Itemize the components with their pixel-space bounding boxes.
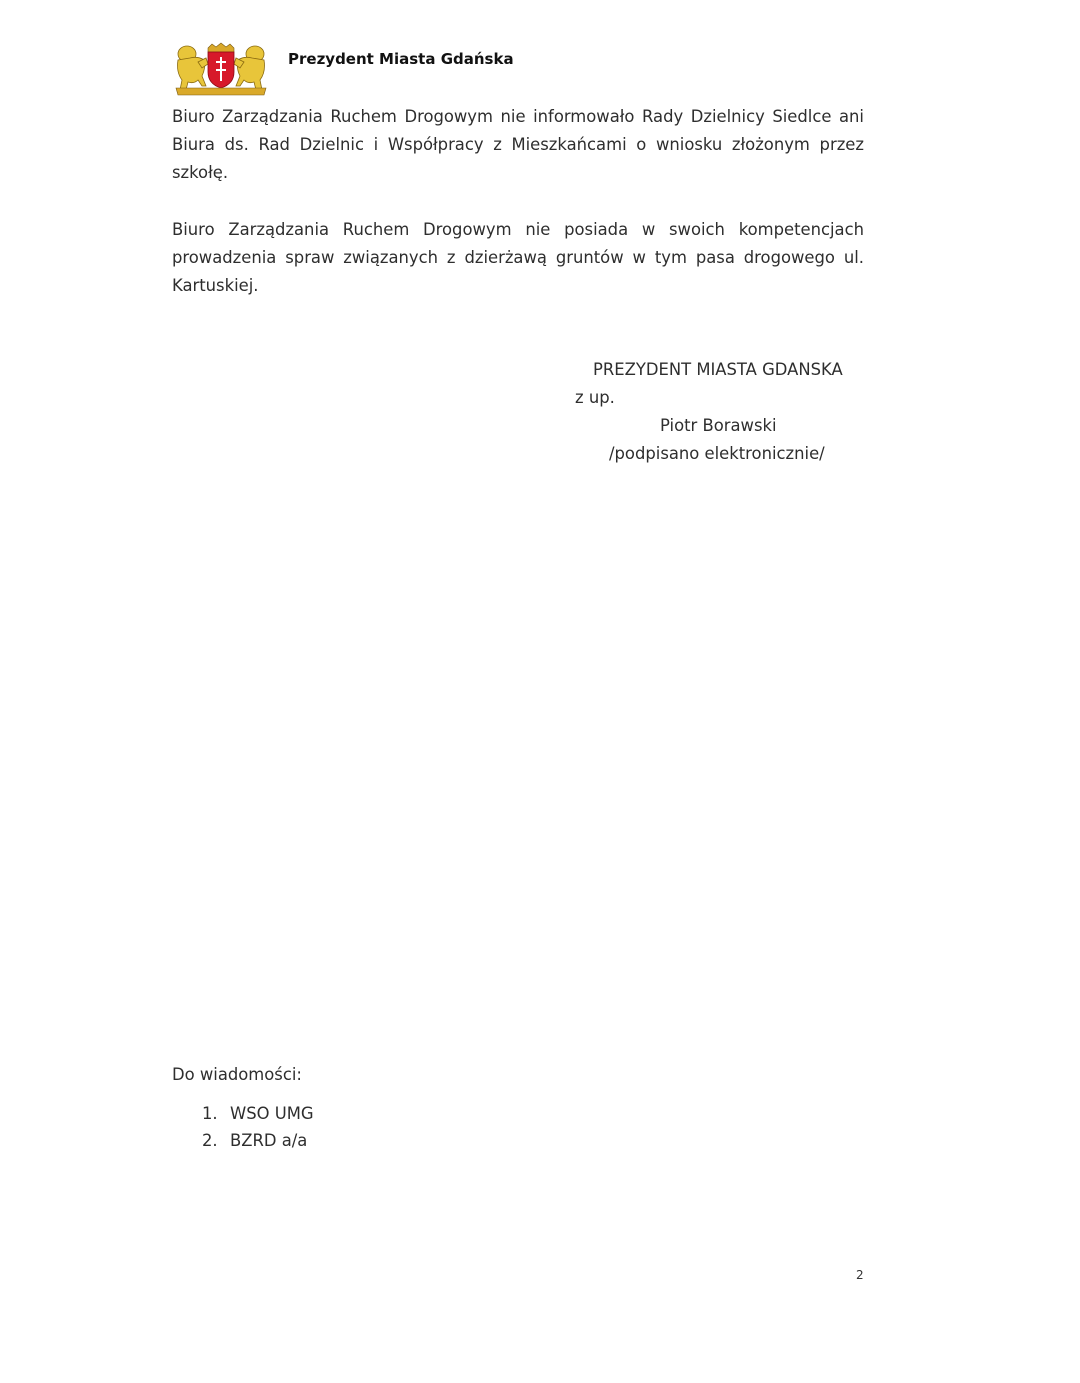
list-item-text: WSO UMG xyxy=(230,1100,314,1127)
page-number: 2 xyxy=(856,1268,864,1282)
body-paragraph: Biuro Zarządzania Ruchem Drogowym nie po… xyxy=(172,216,864,300)
body-paragraph: Biuro Zarządzania Ruchem Drogowym nie in… xyxy=(172,103,864,187)
gdansk-coat-of-arms-icon xyxy=(172,42,270,96)
signature-title: PREZYDENT MIASTA GDANSKA xyxy=(593,356,843,384)
list-item-number: 1. xyxy=(202,1100,218,1127)
signatory-name: Piotr Borawski xyxy=(660,412,777,440)
signature-authority: z up. xyxy=(575,384,615,412)
issuer-title: Prezydent Miasta Gdańska xyxy=(288,50,514,68)
list-item-number: 2. xyxy=(202,1127,218,1154)
signature-note: /podpisano elektronicznie/ xyxy=(609,440,825,468)
letterhead: Prezydent Miasta Gdańska xyxy=(172,42,270,96)
distribution-label: Do wiadomości: xyxy=(172,1061,302,1089)
list-item-text: BZRD a/a xyxy=(230,1127,307,1154)
